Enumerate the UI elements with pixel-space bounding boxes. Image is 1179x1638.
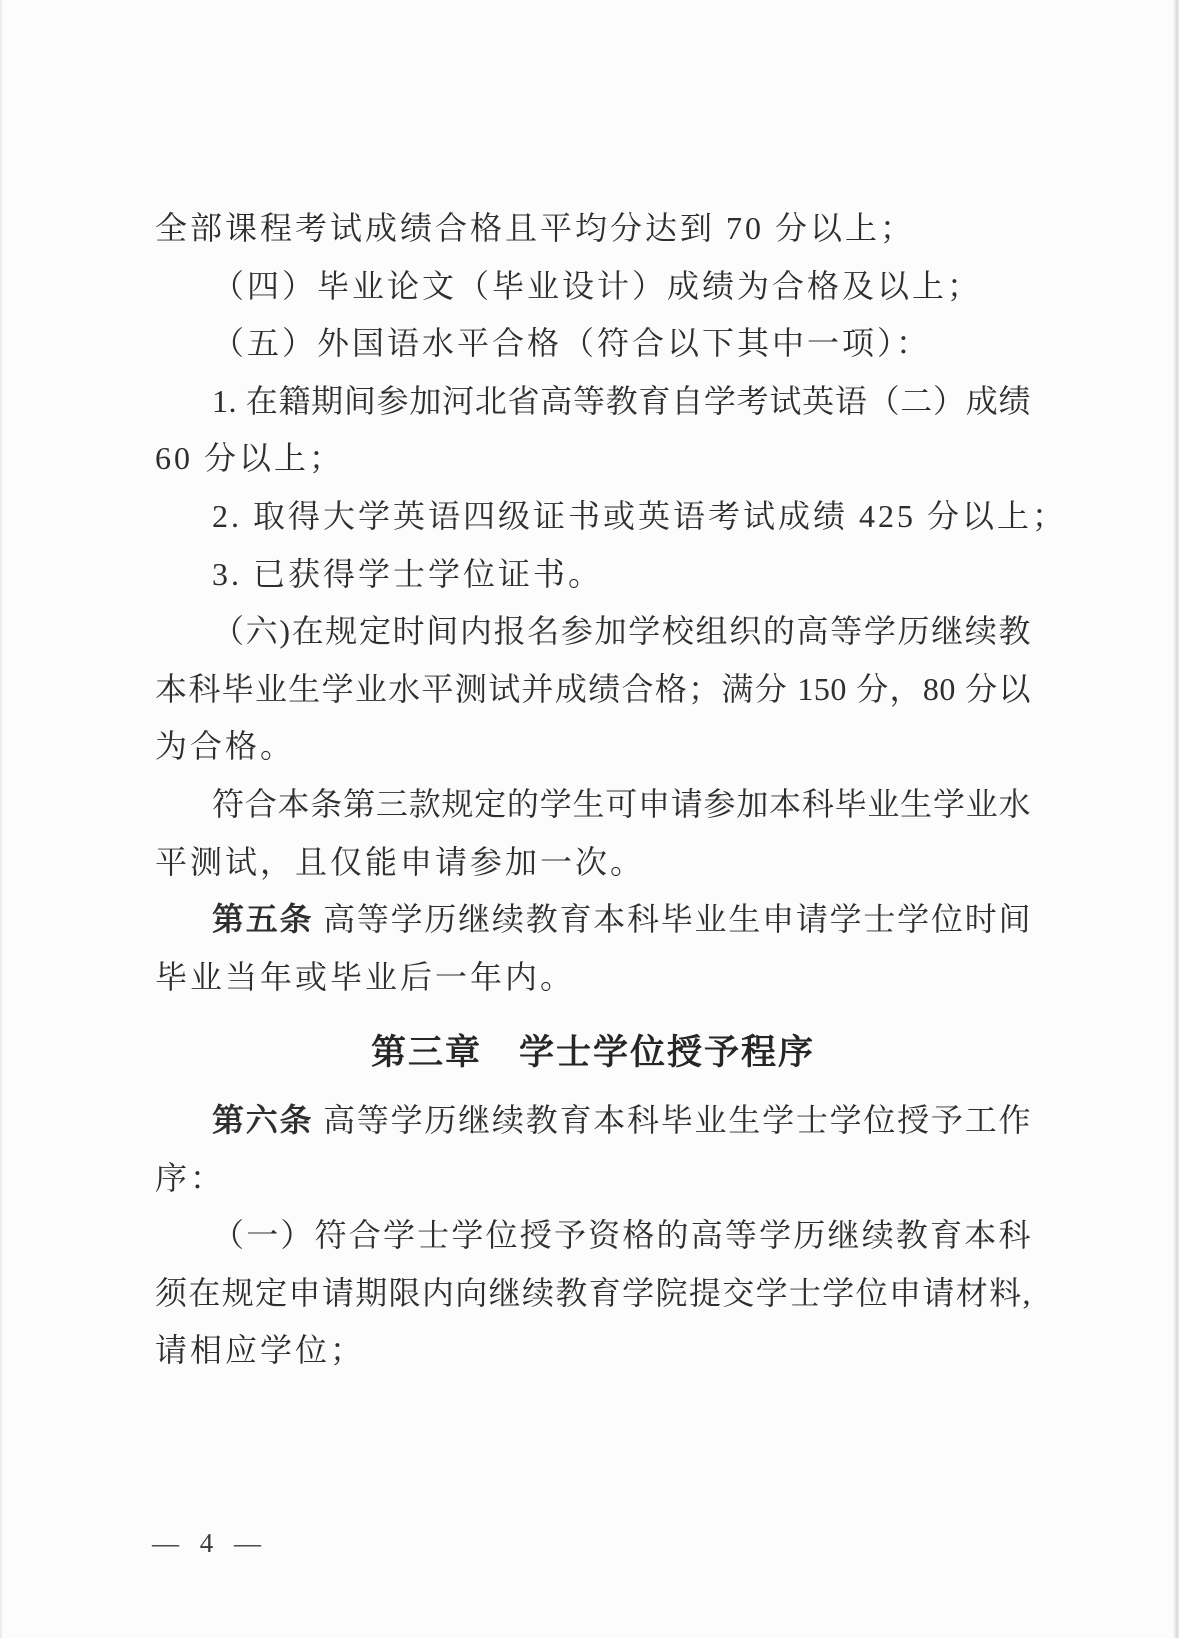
text-line: 毕业当年或毕业后一年内。	[155, 949, 1031, 1007]
text-line: 3. 已获得学士学位证书。	[155, 546, 1031, 604]
text-line: 2. 取得大学英语四级证书或英语考试成绩 425 分以上；	[155, 488, 1031, 546]
chapter-heading: 第三章 学士学位授予程序	[155, 1024, 1031, 1082]
text-line: 须在规定申请期限内向继续教育学院提交学士学位申请材料,申	[155, 1265, 1031, 1323]
text-line: 第六条 高等学历继续教育本科毕业生学士学位授予工作程	[155, 1092, 1031, 1150]
document-body: 全部课程考试成绩合格且平均分达到 70 分以上；（四）毕业论文（毕业设计）成绩为…	[155, 200, 1031, 1380]
text-line: （六)在规定时间内报名参加学校组织的高等学历继续教育	[155, 603, 1031, 661]
text-line: （四）毕业论文（毕业设计）成绩为合格及以上；	[155, 258, 1031, 316]
text-segment: 60 分以上；	[155, 440, 344, 476]
text-line: 平测试，且仅能申请参加一次。	[155, 834, 1031, 892]
text-segment: 平测试，且仅能申请参加一次。	[155, 844, 645, 880]
article-number: 第五条	[212, 901, 313, 937]
scan-edge-right	[1173, 0, 1179, 1638]
text-line: （一）符合学士学位授予资格的高等学历继续教育本科生，	[155, 1207, 1031, 1265]
text-segment: 本科毕业生学业水平测试并成绩合格；满分 150 分，80 分以上	[155, 671, 1031, 719]
scan-edge-left	[0, 0, 2, 1638]
text-segment: （六)在规定时间内报名参加学校组织的高等学历继续教育	[155, 613, 1031, 661]
text-line: 请相应学位；	[155, 1322, 1031, 1380]
text-segment: 序：	[155, 1160, 225, 1196]
article-number: 第六条	[212, 1102, 313, 1138]
text-segment: 符合本条第三款规定的学生可申请参加本科毕业生学业水	[212, 786, 1031, 822]
text-line: 为合格。	[155, 718, 1031, 776]
text-segment: 须在规定申请期限内向继续教育学院提交学士学位申请材料,申	[155, 1275, 1031, 1323]
text-segment: 1. 在籍期间参加河北省高等教育自学考试英语（二）成绩	[212, 383, 1031, 419]
page-number: — 4 —	[152, 1528, 268, 1559]
text-line: 第五条 高等学历继续教育本科毕业生申请学士学位时间为	[155, 891, 1031, 949]
text-line: 本科毕业生学业水平测试并成绩合格；满分 150 分，80 分以上	[155, 661, 1031, 719]
article-number: 第三章 学士学位授予程序	[371, 1033, 815, 1072]
text-line: 序：	[155, 1150, 1031, 1208]
text-segment: 2. 取得大学英语四级证书或英语考试成绩 425 分以上；	[212, 498, 1067, 534]
text-line: 全部课程考试成绩合格且平均分达到 70 分以上；	[155, 200, 1031, 258]
text-segment: 为合格。	[155, 728, 295, 764]
text-segment: （一）符合学士学位授予资格的高等学历继续教育本科生，	[155, 1217, 1031, 1265]
text-segment: （五）外国语水平合格（符合以下其中一项）：	[212, 325, 931, 361]
text-segment: 请相应学位；	[155, 1332, 365, 1368]
text-segment: 全部课程考试成绩合格且平均分达到 70 分以上；	[155, 210, 915, 246]
scanned-document-page: 全部课程考试成绩合格且平均分达到 70 分以上；（四）毕业论文（毕业设计）成绩为…	[0, 0, 1179, 1638]
text-line: 符合本条第三款规定的学生可申请参加本科毕业生学业水	[155, 776, 1031, 834]
text-line: 60 分以上；	[155, 430, 1031, 488]
text-segment: 3. 已获得学士学位证书。	[212, 556, 603, 592]
text-line: （五）外国语水平合格（符合以下其中一项）：	[155, 315, 1031, 373]
text-line: 1. 在籍期间参加河北省高等教育自学考试英语（二）成绩	[155, 373, 1031, 431]
text-segment: （四）毕业论文（毕业设计）成绩为合格及以上；	[212, 268, 982, 304]
text-segment: 毕业当年或毕业后一年内。	[155, 959, 575, 995]
